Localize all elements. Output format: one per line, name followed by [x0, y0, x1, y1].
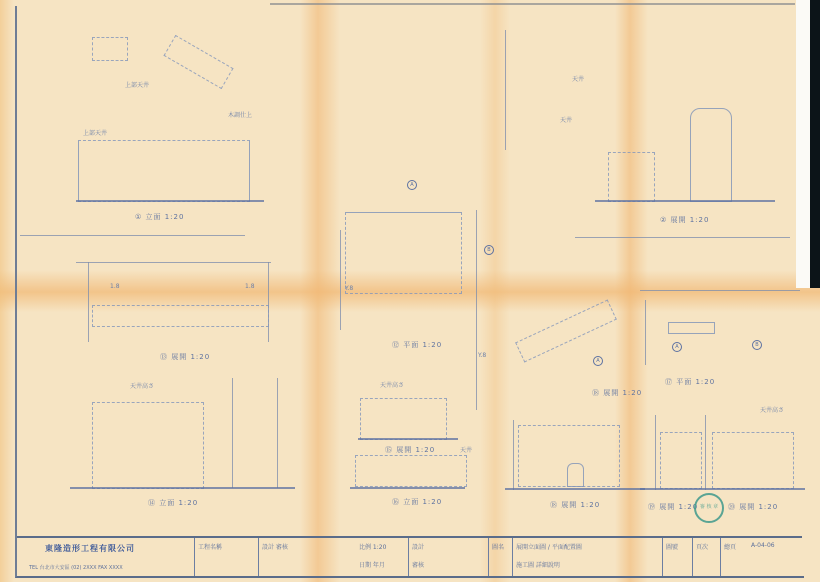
- company-contact: TEL 台北市大安區 (02) 2XXX FAX XXXX: [29, 564, 123, 571]
- drawing-number-cell: 圖號: [663, 538, 693, 576]
- project-cell: 工程名稱: [195, 538, 259, 576]
- approval-stamp: 審 核 章: [694, 493, 724, 523]
- divider-horizontal: [640, 290, 800, 291]
- title-block: 東隆造形工程有限公司 TEL 台北市大安區 (02) 2XXX FAX XXXX…: [17, 536, 802, 578]
- company-name: 東隆造形工程有限公司: [45, 543, 135, 554]
- divider-horizontal: [575, 237, 790, 238]
- divider-horizontal: [20, 235, 245, 236]
- approval-cell: 設計 審核: [409, 538, 489, 576]
- page-cell: 頁次: [693, 538, 721, 576]
- divider-vertical: [505, 30, 506, 150]
- drawing-name-cell: 展開立面圖 / 平面配置圖 施工圖 詳細說明: [513, 538, 663, 576]
- design-cell: 設計 審核 比例 1:20 日期 年月: [259, 538, 409, 576]
- total-pages-cell: 總頁 A-04-06: [721, 538, 802, 576]
- top-edge-line: [270, 3, 795, 5]
- drawing-name-label: 圖名: [489, 538, 513, 576]
- scan-edge-dark: [810, 0, 820, 288]
- company-cell: 東隆造形工程有限公司 TEL 台北市大安區 (02) 2XXX FAX XXXX: [17, 538, 195, 576]
